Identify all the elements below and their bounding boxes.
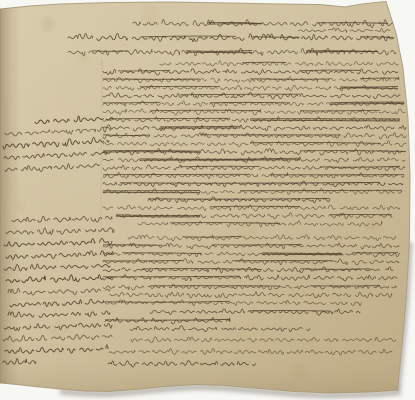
manuscript-photo: Photograph of an aged handwritten manusc…	[0, 0, 415, 400]
stain-spot	[41, 17, 55, 31]
manuscript-canvas	[0, 0, 415, 400]
strikethrough-line	[208, 24, 262, 25]
paper-surface	[0, 0, 415, 400]
strikethrough-line	[300, 110, 380, 111]
stain-spot	[292, 364, 308, 380]
strikethrough-line	[103, 192, 200, 193]
stain-spot	[14, 200, 26, 212]
strikethrough-line	[140, 160, 300, 161]
stain-spot	[51, 321, 69, 339]
stain-spot	[79, 53, 89, 63]
strikethrough-line	[240, 190, 402, 191]
stain-spot	[140, 4, 160, 24]
strikethrough-line	[300, 269, 370, 270]
strikethrough-line	[212, 244, 302, 245]
strikethrough-line	[262, 254, 342, 255]
stain-spot	[366, 220, 378, 232]
stain-spot	[238, 218, 262, 242]
strikethrough-line	[103, 174, 250, 175]
